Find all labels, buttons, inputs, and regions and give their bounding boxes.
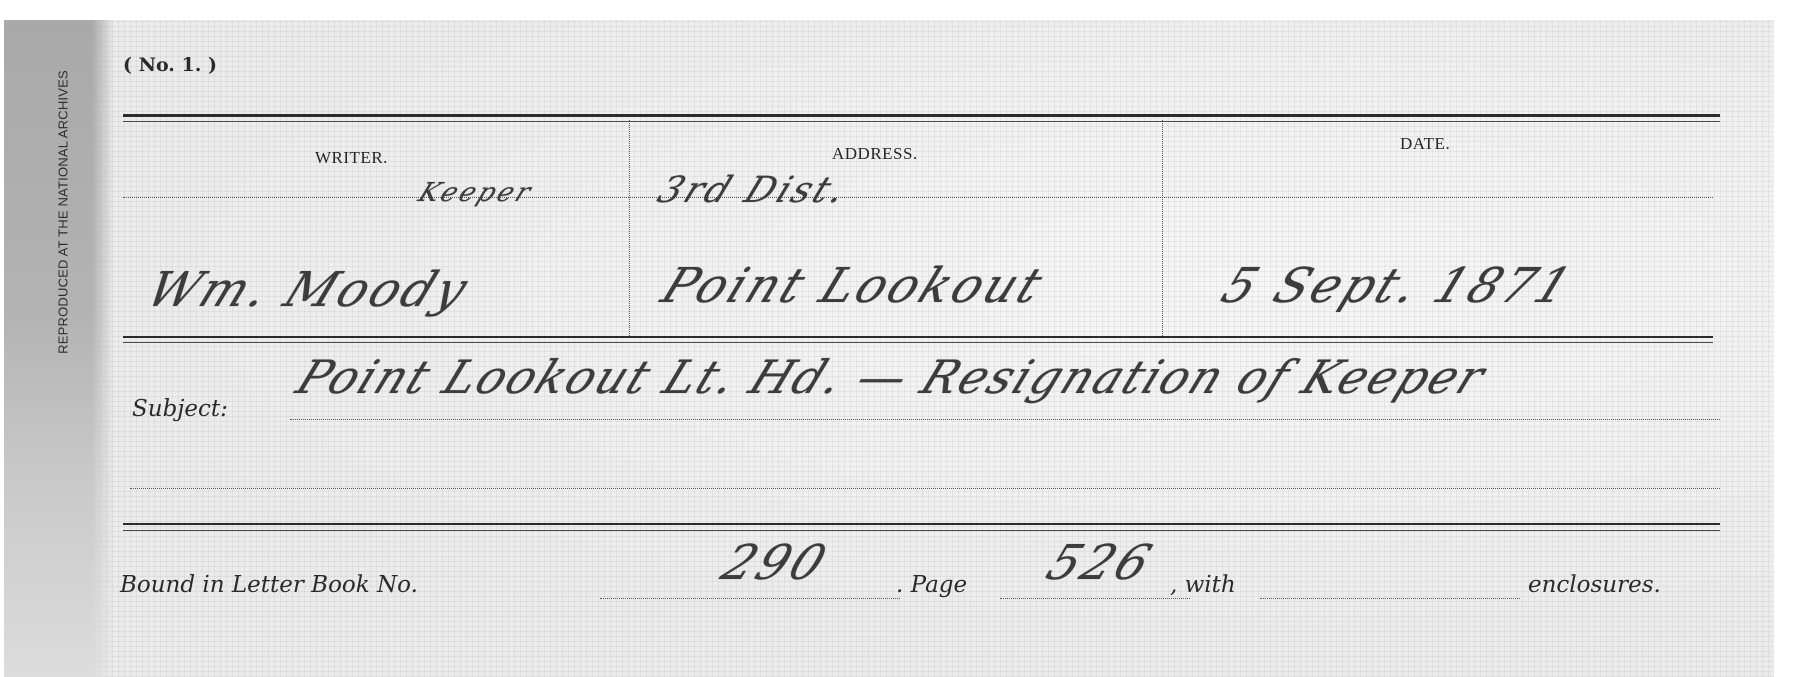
date-header: DATE. — [1400, 134, 1450, 154]
page-label: . Page — [896, 572, 967, 598]
top-rule — [123, 114, 1720, 117]
entries-bottom-rule-inner — [123, 342, 1713, 343]
address-handwriting: Point Lookout — [654, 258, 1054, 314]
subject-label: Subject: — [132, 396, 228, 422]
subject-line-2 — [130, 488, 1720, 489]
enclosures-count-line — [1260, 598, 1520, 599]
binding-top-rule — [123, 523, 1720, 525]
top-rule-inner — [123, 121, 1720, 122]
enclosures-label: enclosures. — [1528, 572, 1661, 598]
archive-stamp-text: REPRODUCED AT THE NATIONAL ARCHIVES — [56, 70, 71, 354]
with-label: , with — [1170, 572, 1236, 598]
binding-top-rule-inner — [123, 530, 1720, 531]
writer-header: WRITER. — [315, 148, 388, 168]
book-number-line — [600, 598, 900, 599]
date-handwriting: 5 Sept. 1871 — [1214, 258, 1582, 314]
address-header: ADDRESS. — [832, 144, 918, 164]
form-number: ( No. 1. ) — [123, 54, 217, 76]
letter-book-label: Bound in Letter Book No. — [120, 572, 418, 598]
writer-name-handwriting: Wm. Moody — [139, 262, 479, 318]
subject-line-1 — [290, 419, 1720, 420]
entries-bottom-rule — [123, 336, 1713, 338]
district-handwriting: 3rd Dist. — [652, 170, 855, 211]
header-separator — [123, 197, 1713, 198]
column-divider-writer-address — [629, 120, 630, 338]
page-number-line — [1000, 598, 1190, 599]
subject-handwriting: Point Lookout Lt. Hd. — Resignation of K… — [289, 350, 1494, 404]
writer-title-handwriting: Keeper — [414, 178, 538, 208]
column-divider-address-date — [1162, 120, 1163, 338]
